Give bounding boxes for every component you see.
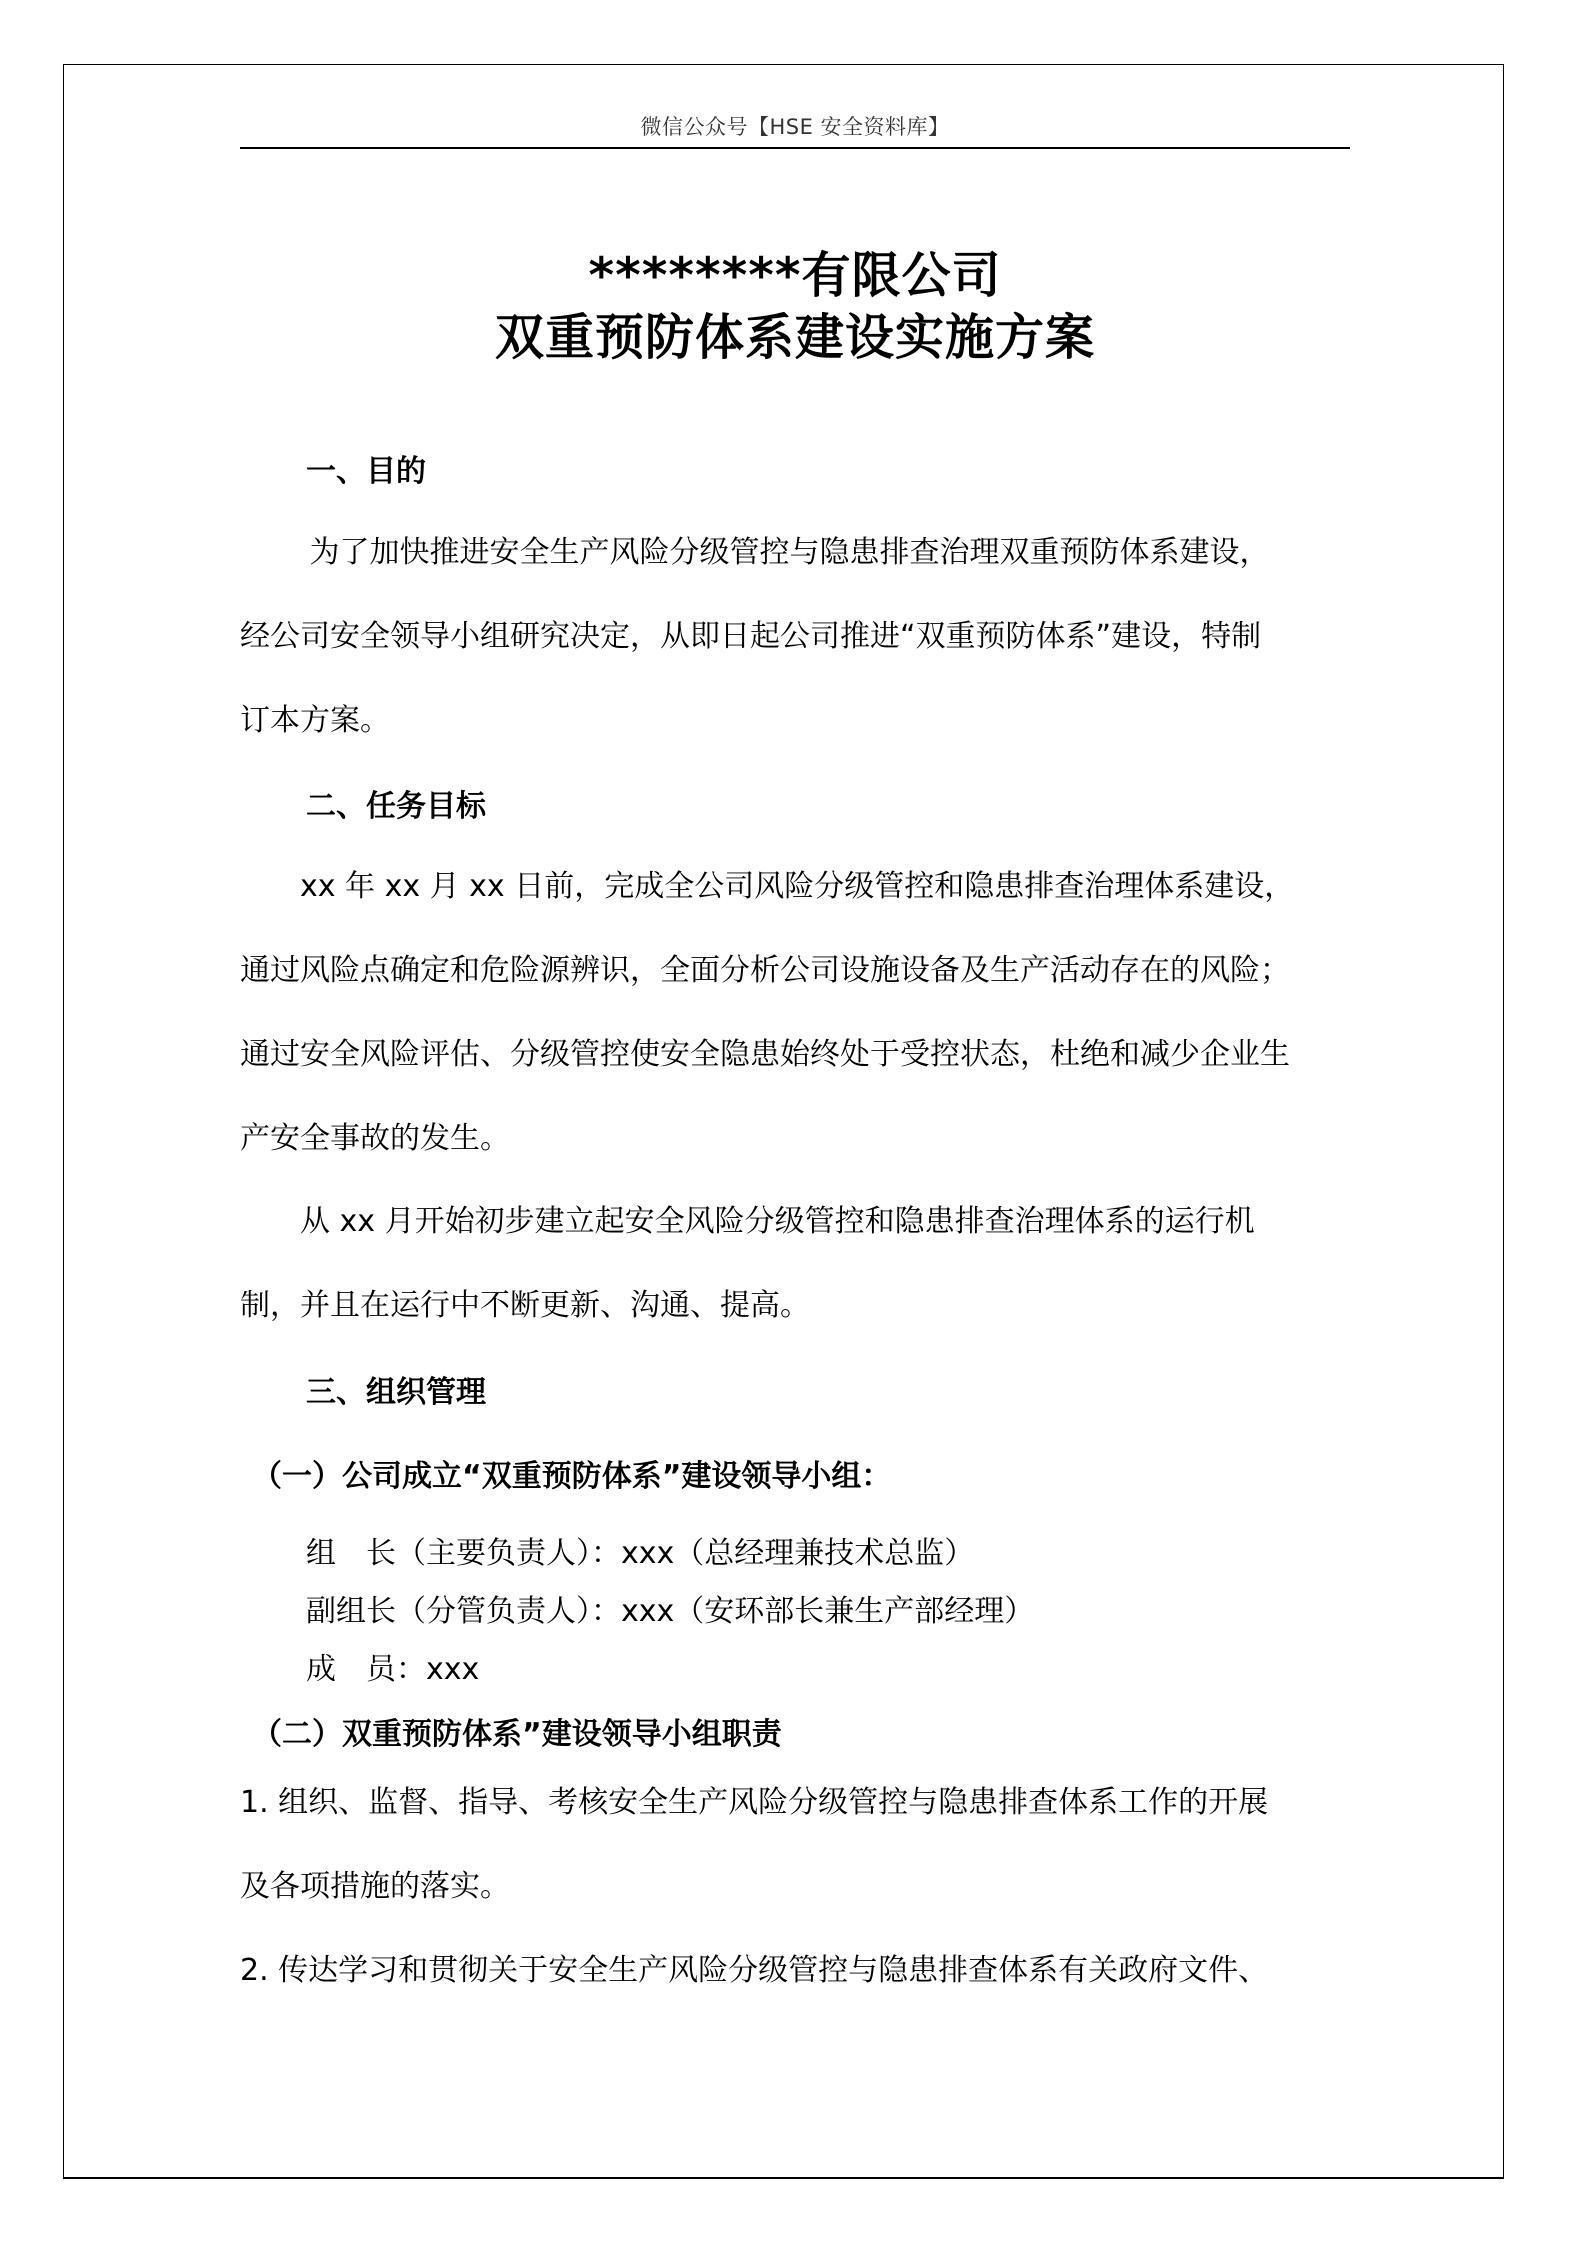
text-line: xx 年 xx 月 xx 日前，完成全公司风险分级管控和隐患排查治理体系建设， — [240, 845, 1350, 929]
text-line: 产安全事故的发生。 — [240, 1097, 1350, 1181]
roster-leader: 组 长（主要负责人）：xxx（总经理兼技术总监） — [306, 1525, 1034, 1583]
title-plan: 双重预防体系建设实施方案 — [240, 307, 1350, 369]
paragraph-objectives-1: xx 年 xx 月 xx 日前，完成全公司风险分级管控和隐患排查治理体系建设， … — [240, 845, 1350, 1181]
text-line: 经公司安全领导小组研究决定，从即日起公司推进“双重预防体系”建设，特制 — [240, 595, 1350, 679]
duty-item-2: 2. 传达学习和贯彻关于安全生产风险分级管控与隐患排查体系有关政府文件、 — [240, 1929, 1350, 2013]
text-line: 为了加快推进安全生产风险分级管控与隐患排查治理双重预防体系建设， — [240, 511, 1350, 595]
section-heading-purpose: 一、目的 — [306, 452, 426, 492]
text-line: 通过风险点确定和危险源辨识，全面分析公司设施设备及生产活动存在的风险； — [240, 929, 1350, 1013]
text-line: 通过安全风险评估、分级管控使安全隐患始终处于受控状态，杜绝和减少企业生 — [240, 1013, 1350, 1097]
text-line: 及各项措施的落实。 — [240, 1845, 1350, 1929]
text-line: 订本方案。 — [240, 679, 1350, 763]
section-heading-organization: 三、组织管理 — [306, 1373, 486, 1413]
running-header: 微信公众号【HSE 安全资料库】 — [240, 112, 1350, 142]
text-line: 2. 传达学习和贯彻关于安全生产风险分级管控与隐患排查体系有关政府文件、 — [240, 1929, 1350, 2013]
roster-deputy-leader: 副组长（分管负责人）：xxx（安环部长兼生产部经理） — [306, 1583, 1034, 1641]
text-line: 从 xx 月开始初步建立起安全风险分级管控和隐患排查治理体系的运行机 — [240, 1180, 1350, 1264]
leading-group-roster: 组 长（主要负责人）：xxx（总经理兼技术总监） 副组长（分管负责人）：xxx（… — [306, 1525, 1034, 1699]
roster-members: 成 员：xxx — [306, 1641, 1034, 1699]
text-line: 制，并且在运行中不断更新、沟通、提高。 — [240, 1264, 1350, 1348]
document-title: ********有限公司 双重预防体系建设实施方案 — [240, 245, 1350, 369]
duty-item-1: 1. 组织、监督、指导、考核安全生产风险分级管控与隐患排查体系工作的开展 及各项… — [240, 1761, 1350, 1929]
section-heading-objectives: 二、任务目标 — [306, 787, 486, 827]
paragraph-purpose: 为了加快推进安全生产风险分级管控与隐患排查治理双重预防体系建设， 经公司安全领导… — [240, 511, 1350, 763]
title-company: ********有限公司 — [240, 245, 1350, 307]
subsection-heading-leading-group: （一）公司成立“双重预防体系”建设领导小组： — [252, 1457, 891, 1497]
subsection-heading-duties: （二）双重预防体系”建设领导小组职责 — [252, 1715, 782, 1755]
text-line: 1. 组织、监督、指导、考核安全生产风险分级管控与隐患排查体系工作的开展 — [240, 1761, 1350, 1845]
header-rule — [240, 147, 1350, 149]
paragraph-objectives-2: 从 xx 月开始初步建立起安全风险分级管控和隐患排查治理体系的运行机 制，并且在… — [240, 1180, 1350, 1348]
